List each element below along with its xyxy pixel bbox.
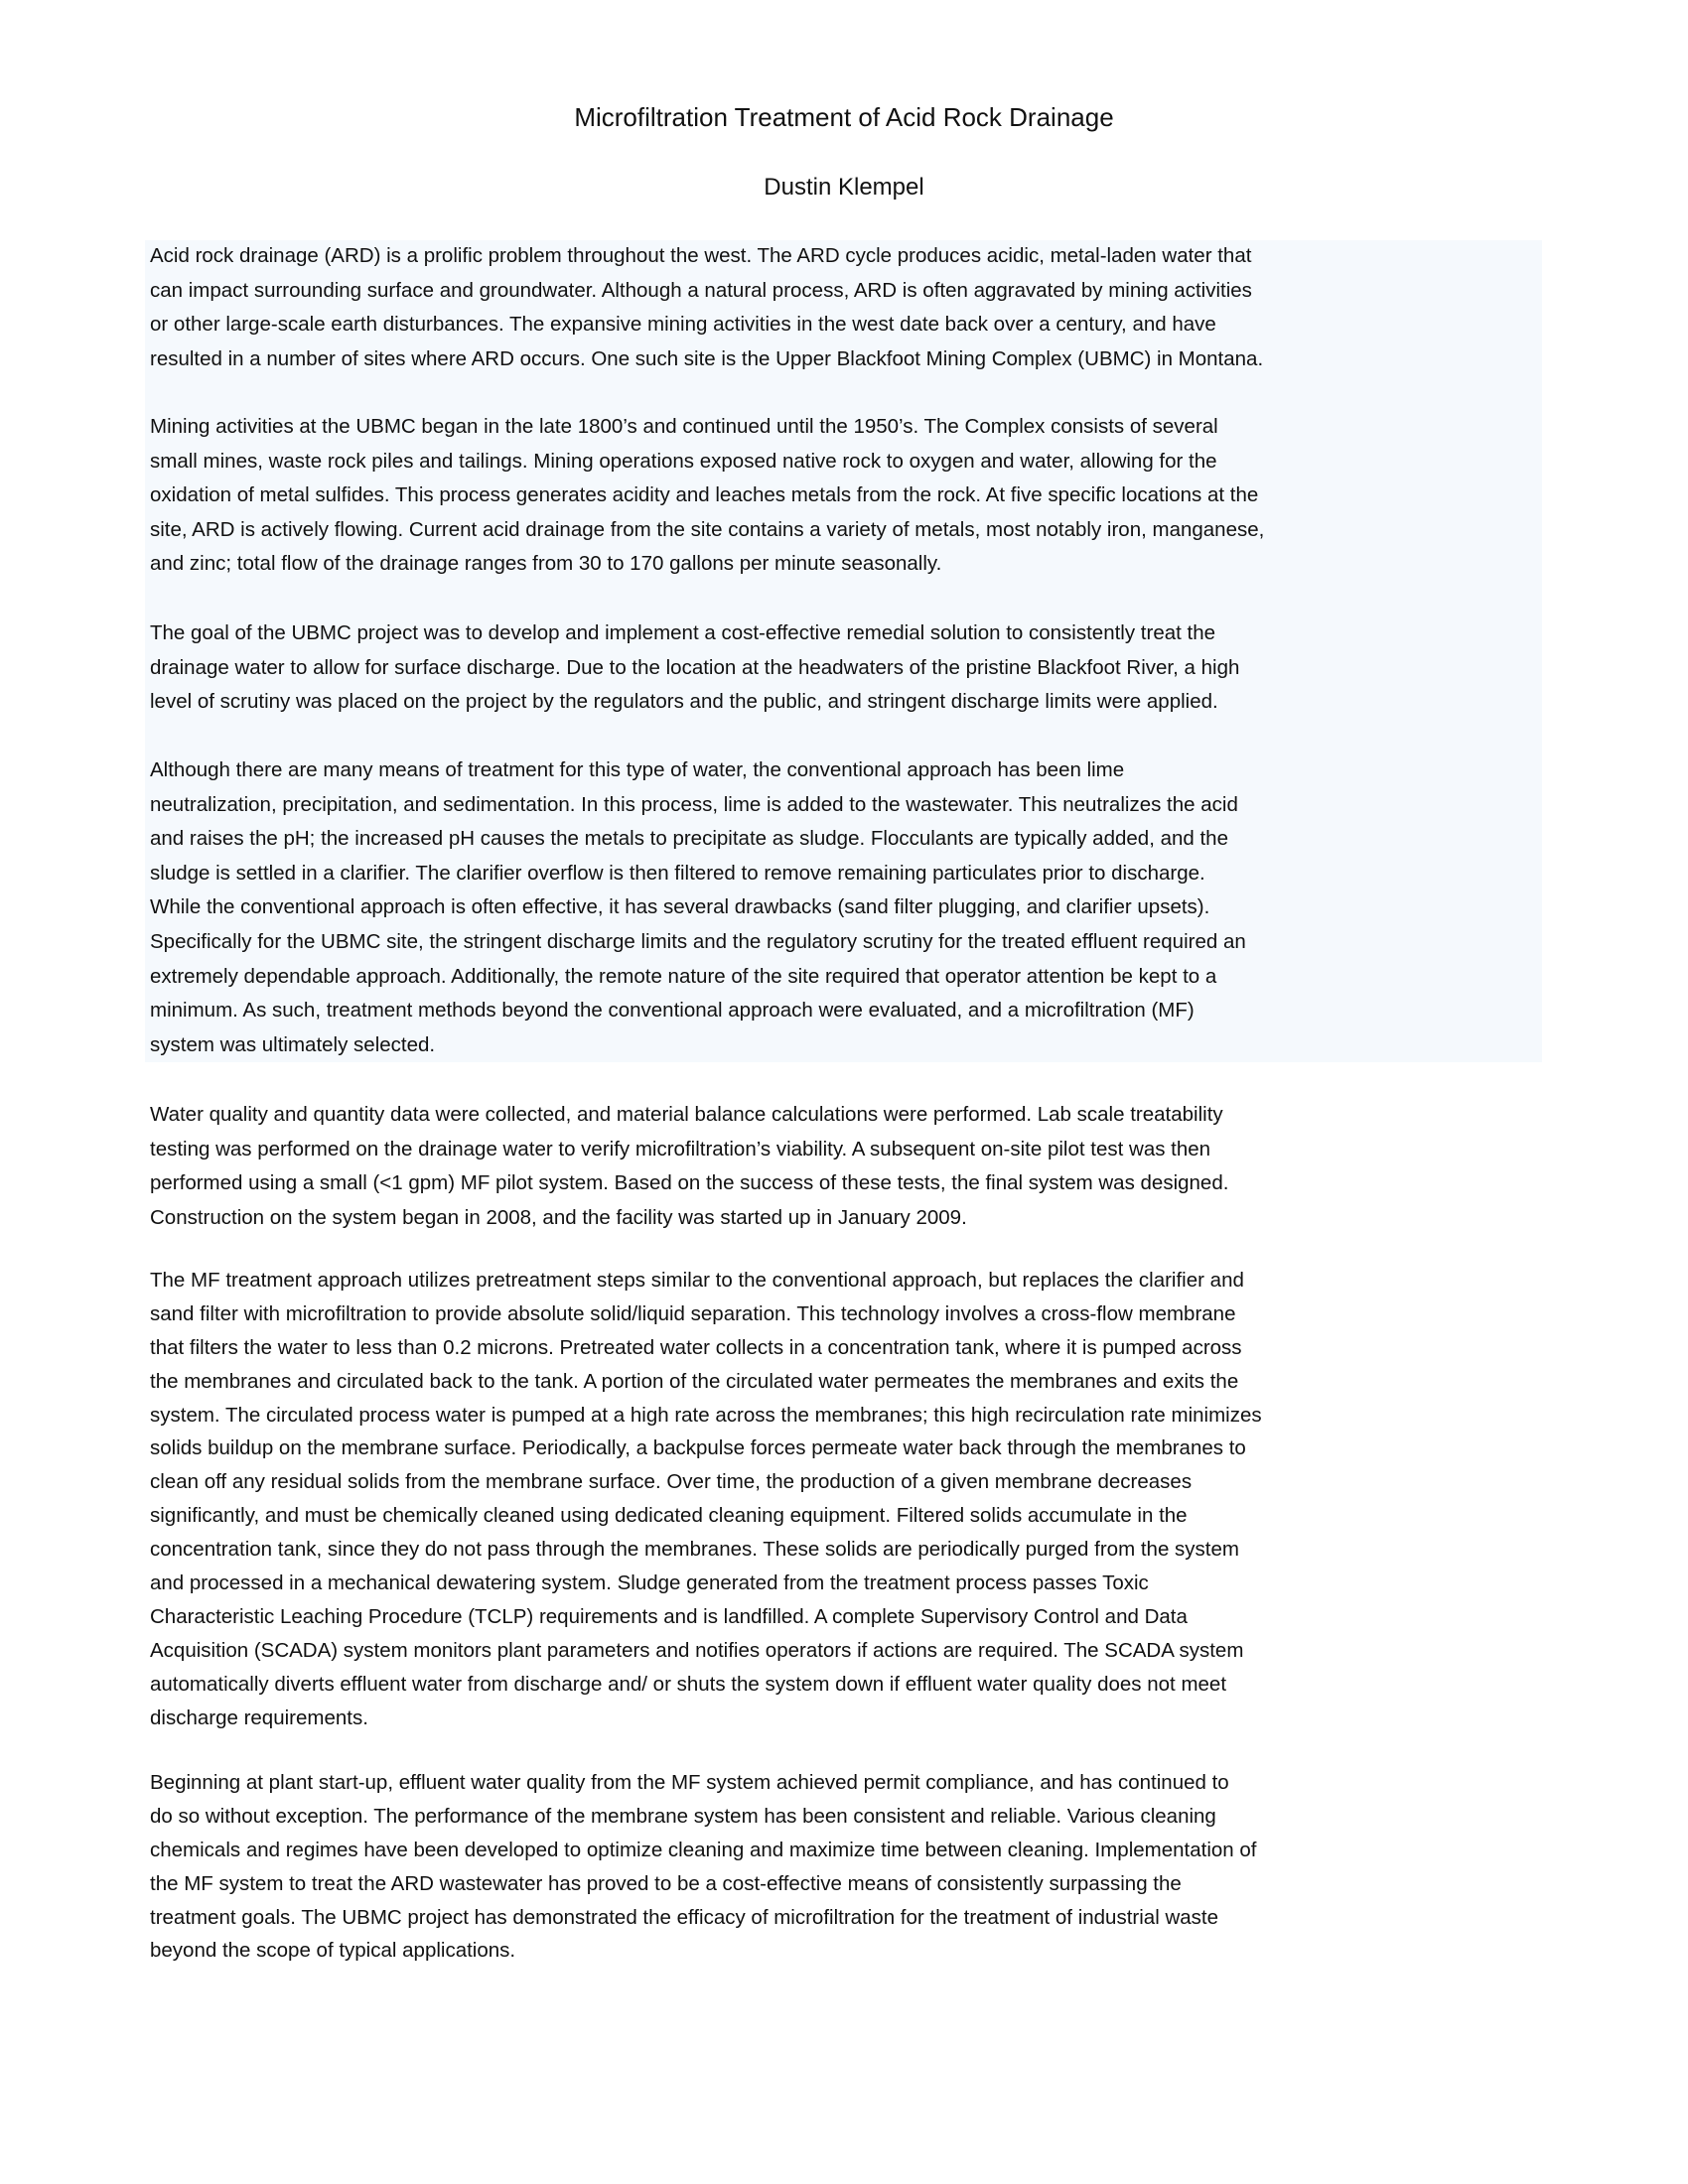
text-line: that filters the water to less than 0.2 … bbox=[150, 1331, 1262, 1365]
text-line: treatment goals. The UBMC project has de… bbox=[150, 1901, 1256, 1935]
text-line: The goal of the UBMC project was to deve… bbox=[150, 616, 1239, 651]
text-line: The MF treatment approach utilizes pretr… bbox=[150, 1264, 1262, 1297]
text-line: concentration tank, since they do not pa… bbox=[150, 1533, 1262, 1567]
text-line: Beginning at plant start-up, effluent wa… bbox=[150, 1766, 1256, 1800]
text-line: significantly, and must be chemically cl… bbox=[150, 1499, 1262, 1533]
text-line: discharge requirements. bbox=[150, 1702, 1262, 1735]
text-line: site, ARD is actively flowing. Current a… bbox=[150, 513, 1264, 548]
document-author: Dustin Klempel bbox=[0, 171, 1688, 205]
text-line: system was ultimately selected. bbox=[150, 1028, 1246, 1063]
text-line: and zinc; total flow of the drainage ran… bbox=[150, 547, 1264, 582]
text-line: do so without exception. The performance… bbox=[150, 1800, 1256, 1834]
text-line: system. The circulated process water is … bbox=[150, 1399, 1262, 1433]
text-line: performed using a small (<1 gpm) MF pilo… bbox=[150, 1166, 1228, 1201]
text-line: and processed in a mechanical dewatering… bbox=[150, 1567, 1262, 1600]
text-line: Acquisition (SCADA) system monitors plan… bbox=[150, 1634, 1262, 1668]
text-line: Characteristic Leaching Procedure (TCLP)… bbox=[150, 1600, 1262, 1634]
text-line: Water quality and quantity data were col… bbox=[150, 1098, 1228, 1133]
paragraph-conventional-approach: Although there are many means of treatme… bbox=[150, 753, 1246, 1062]
document-title: Microfiltration Treatment of Acid Rock D… bbox=[0, 99, 1688, 135]
text-line: resulted in a number of sites where ARD … bbox=[150, 342, 1263, 377]
text-line: neutralization, precipitation, and sedim… bbox=[150, 788, 1246, 823]
text-line: chemicals and regimes have been develope… bbox=[150, 1834, 1256, 1867]
text-line: drainage water to allow for surface disc… bbox=[150, 651, 1239, 686]
text-line: beyond the scope of typical applications… bbox=[150, 1934, 1256, 1968]
text-line: Mining activities at the UBMC began in t… bbox=[150, 410, 1264, 445]
paragraph-results: Beginning at plant start-up, effluent wa… bbox=[150, 1766, 1256, 1968]
text-line: automatically diverts effluent water fro… bbox=[150, 1668, 1262, 1702]
text-line: clean off any residual solids from the m… bbox=[150, 1465, 1262, 1499]
text-line: While the conventional approach is often… bbox=[150, 890, 1246, 925]
text-line: the MF system to treat the ARD wastewate… bbox=[150, 1867, 1256, 1901]
text-line: solids buildup on the membrane surface. … bbox=[150, 1432, 1262, 1465]
text-line: extremely dependable approach. Additiona… bbox=[150, 960, 1246, 995]
paragraph-introduction: Acid rock drainage (ARD) is a prolific p… bbox=[150, 239, 1263, 376]
text-line: and raises the pH; the increased pH caus… bbox=[150, 822, 1246, 857]
text-line: Although there are many means of treatme… bbox=[150, 753, 1246, 788]
text-line: testing was performed on the drainage wa… bbox=[150, 1133, 1228, 1167]
text-line: minimum. As such, treatment methods beyo… bbox=[150, 994, 1246, 1028]
text-line: level of scrutiny was placed on the proj… bbox=[150, 685, 1239, 720]
paragraph-mf-approach: The MF treatment approach utilizes pretr… bbox=[150, 1264, 1262, 1734]
text-line: sludge is settled in a clarifier. The cl… bbox=[150, 857, 1246, 891]
text-line: Acid rock drainage (ARD) is a prolific p… bbox=[150, 239, 1263, 274]
paragraph-project-goal: The goal of the UBMC project was to deve… bbox=[150, 616, 1239, 720]
text-line: sand filter with microfiltration to prov… bbox=[150, 1297, 1262, 1331]
text-line: oxidation of metal sulfides. This proces… bbox=[150, 478, 1264, 513]
text-line: or other large-scale earth disturbances.… bbox=[150, 308, 1263, 342]
text-line: can impact surrounding surface and groun… bbox=[150, 274, 1263, 309]
text-line: Construction on the system began in 2008… bbox=[150, 1201, 1228, 1236]
paragraph-site-history: Mining activities at the UBMC began in t… bbox=[150, 410, 1264, 582]
text-line: Specifically for the UBMC site, the stri… bbox=[150, 925, 1246, 960]
text-line: the membranes and circulated back to the… bbox=[150, 1365, 1262, 1399]
text-line: small mines, waste rock piles and tailin… bbox=[150, 445, 1264, 479]
paragraph-testing: Water quality and quantity data were col… bbox=[150, 1098, 1228, 1235]
